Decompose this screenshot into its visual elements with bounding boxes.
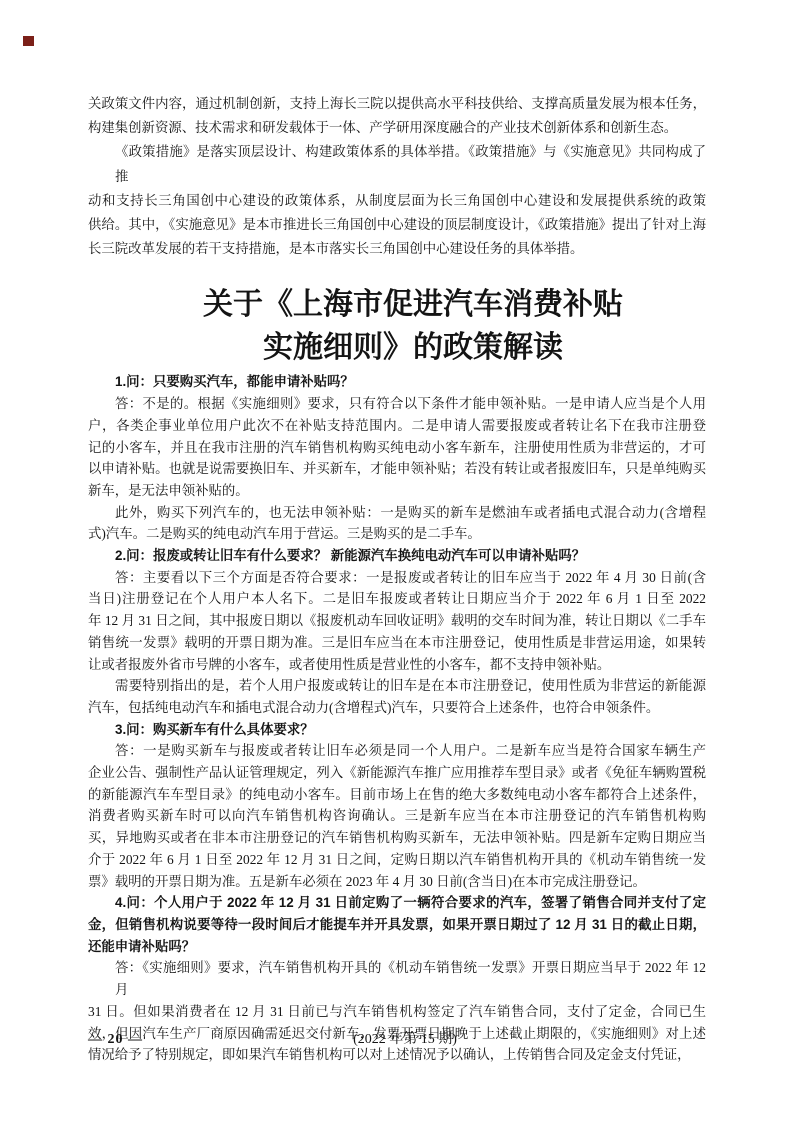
text-line: 4.问：个人用户于 2022 年 12 月 31 日前定购了一辆符合要求的汽车，… xyxy=(88,892,706,914)
question: 2.问：报废或转让旧车有什么要求？ 新能源汽车换纯电动汽车可以申请补贴吗？ xyxy=(88,545,706,567)
text-line: 需要特别指出的是，若个人用户报废或转让的旧车是在本市注册登记，使用性质为非营运的… xyxy=(88,675,706,697)
text-line: 3.问：购买新车有什么具体要求？ xyxy=(88,719,706,741)
text-line: 消费者购买新车时可以向汽车销售机构咨询确认。三是新车应当在本市注册登记的汽车销售… xyxy=(88,805,706,827)
page-content: 关政策文件内容，通过机制创新，支持上海长三院以提供高水平科技供给、支撑高质量发展… xyxy=(88,0,706,1066)
text-line: 关于《上海市促进汽车消费补贴 xyxy=(120,283,706,326)
page-footer: — 20 — (2022 年第 15 期) xyxy=(88,1030,706,1052)
page-number: — 20 — xyxy=(88,1030,143,1050)
text-line: 31 日。但如果消费者在 12 月 31 日前已与汽车销售机构签定了汽车销售合同… xyxy=(88,1001,706,1023)
text-line: 介于 2022 年 6 月 1 日至 2022 年 12 月 31 日之间，定购… xyxy=(88,849,706,871)
question: 3.问：购买新车有什么具体要求？ xyxy=(88,719,706,741)
text-line: 式)汽车。二是购买的纯电动汽车用于营运。三是购买的是二手车。 xyxy=(88,523,706,545)
question: 4.问：个人用户于 2022 年 12 月 31 日前定购了一辆符合要求的汽车，… xyxy=(88,892,706,957)
text-line: 让或者报废外省市号牌的小客车，或者使用性质是营业性的小客车，都不支持申领补贴。 xyxy=(88,654,706,676)
intro: 关政策文件内容，通过机制创新，支持上海长三院以提供高水平科技供给、支撑高质量发展… xyxy=(88,92,706,140)
text-line: 记的小客车，并且在我市注册的汽车销售机构购买纯电动小客车新车，注册使用性质为非营… xyxy=(88,437,706,459)
answer: 答：主要看以下三个方面是否符合要求：一是报废或者转让的旧车应当于 2022 年 … xyxy=(88,567,706,676)
text-line: 答：《实施细则》要求，汽车销售机构开具的《机动车销售统一发票》开票日期应当早于 … xyxy=(88,957,706,1000)
text-line: 户，各类企事业单位用户此次不在补贴支持范围内。二是申请人需要报废或者转让名下在我… xyxy=(88,415,706,437)
text-line: 以申请补贴。也就是说需要换旧车、并买新车，才能申领补贴；若没有转让或者报废旧车，… xyxy=(88,458,706,480)
document-title: 关于《上海市促进汽车消费补贴实施细则》的政策解读 xyxy=(88,283,706,369)
text-line: 还能申请补贴吗？ xyxy=(88,936,706,958)
text-line: 答：不是的。根据《实施细则》要求，只有符合以下条件才能申领补贴。一是申请人应当是… xyxy=(88,393,706,415)
document-page: 关政策文件内容，通过机制创新，支持上海长三院以提供高水平科技供给、支撑高质量发展… xyxy=(0,0,793,1122)
text-line: 当日)注册登记在个人用户本人名下。二是旧车报废或者转让日期应当介于 2022 年… xyxy=(88,588,706,610)
text-line: 答：一是购买新车与报废或者转让旧车必须是同一个人用户。二是新车应当是符合国家车辆… xyxy=(88,740,706,762)
text-line: 供给。其中，《实施意见》是本市推进长三角国创中心建设的顶层制度设计，《政策措施》… xyxy=(88,213,706,237)
answer: 需要特别指出的是，若个人用户报废或转让的旧车是在本市注册登记，使用性质为非营运的… xyxy=(88,675,706,718)
text-line: 构建集创新资源、技术需求和研发载体于一体、产学研用深度融合的产业技术创新体系和创… xyxy=(88,116,706,140)
answer: 答：一是购买新车与报废或者转让旧车必须是同一个人用户。二是新车应当是符合国家车辆… xyxy=(88,740,706,892)
text-line: 年 12 月 31 日之间，其中报废日期以《报废机动车回收证明》载明的交车时间为… xyxy=(88,610,706,632)
text-line: 实施细则》的政策解读 xyxy=(120,326,706,369)
text-line: 买，异地购买或者在非本市注册登记的汽车销售机构购买新车，无法申领补贴。四是新车定… xyxy=(88,827,706,849)
qa-section: 1.问：只要购买汽车，都能申请补贴吗？答：不是的。根据《实施细则》要求，只有符合… xyxy=(88,371,706,1066)
text-line: 金，但销售机构说要等待一段时间后才能提车并开具发票，如果开票日期过了 12 月 … xyxy=(88,914,706,936)
red-mark xyxy=(23,36,34,46)
text-line: 2.问：报废或转让旧车有什么要求？ 新能源汽车换纯电动汽车可以申请补贴吗？ xyxy=(88,545,706,567)
text-line: 动和支持长三角国创中心建设的政策体系，从制度层面为长三角国创中心建设和发展提供系… xyxy=(88,189,706,213)
title-line: 关于《上海市促进汽车消费补贴实施细则》的政策解读 xyxy=(120,283,706,369)
text-line: 汽车，包括纯电动汽车和插电式混合动力(含增程式)汽车，只要符合上述条件，也符合申… xyxy=(88,697,706,719)
text-line: 销售统一发票》载明的开票日期为准。三是旧车应当在本市注册登记，使用性质是非营运用… xyxy=(88,632,706,654)
answer: 答：不是的。根据《实施细则》要求，只有符合以下条件才能申领补贴。一是申请人应当是… xyxy=(88,393,706,502)
answer: 此外，购买下列汽车的，也无法申领补贴：一是购买的新车是燃油车或者插电式混合动力(… xyxy=(88,502,706,545)
question: 1.问：只要购买汽车，都能申请补贴吗？ xyxy=(88,371,706,393)
intro-section: 关政策文件内容，通过机制创新，支持上海长三院以提供高水平科技供给、支撑高质量发展… xyxy=(88,92,706,261)
text-line: 企业公告、强制性产品认证管理规定，列入《新能源汽车推广应用推荐车型目录》或者《免… xyxy=(88,762,706,784)
intro: 《政策措施》是落实顶层设计、构建政策体系的具体举措。《政策措施》与《实施意见》共… xyxy=(88,140,706,261)
text-line: 关政策文件内容，通过机制创新，支持上海长三院以提供高水平科技供给、支撑高质量发展… xyxy=(88,92,706,116)
text-line: 此外，购买下列汽车的，也无法申领补贴：一是购买的新车是燃油车或者插电式混合动力(… xyxy=(88,502,706,524)
text-line: 《政策措施》是落实顶层设计、构建政策体系的具体举措。《政策措施》与《实施意见》共… xyxy=(88,140,706,188)
text-line: 新车，是无法申领补贴的。 xyxy=(88,480,706,502)
text-line: 的新能源汽车车型目录》的纯电动小客车。目前市场上在售的绝大多数纯电动小客车都符合… xyxy=(88,784,706,806)
text-line: 答：主要看以下三个方面是否符合要求：一是报废或者转让的旧车应当于 2022 年 … xyxy=(88,567,706,589)
text-line: 1.问：只要购买汽车，都能申请补贴吗？ xyxy=(88,371,706,393)
text-line: 长三院改革发展的若干支持措施，是本市落实长三角国创中心建设任务的具体举措。 xyxy=(88,237,706,261)
issue-label: (2022 年第 15 期) xyxy=(88,1030,706,1050)
text-line: 票》载明的开票日期为准。五是新车必须在 2023 年 4 月 30 日前(含当日… xyxy=(88,871,706,893)
